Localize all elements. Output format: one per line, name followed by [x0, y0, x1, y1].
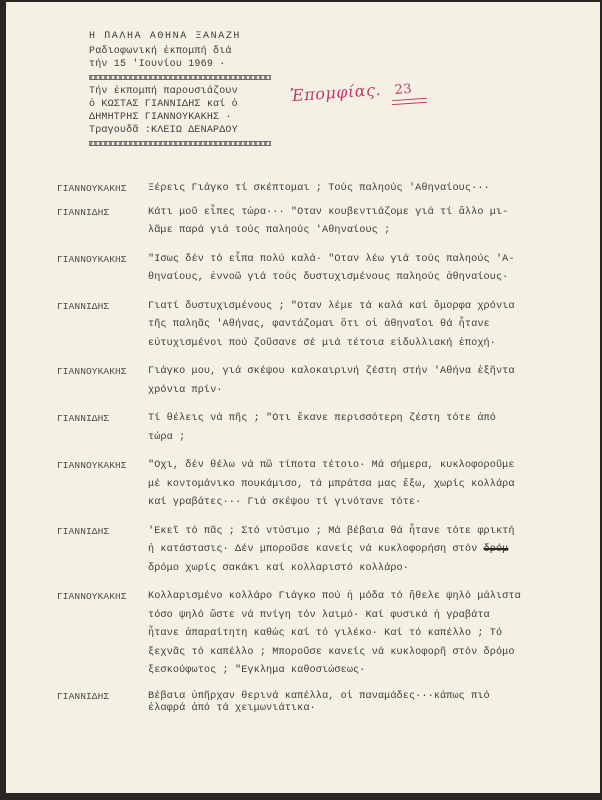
speaker-name: ΓΙΑΝΝΟΥΚΑΚΗΣ	[57, 363, 127, 381]
speech-line: εὐτυχισμένοι πού ζοῦσανε σέ μιά τέτοια ε…	[148, 335, 588, 354]
handwritten-annotation: Ἐπομφίας. 23	[289, 78, 412, 105]
dialogue-entry: ΓΙΑΝΝΟΥΚΑΚΗΣ Κολλαρισμένο κολλάρο Γιάγκο…	[6, 588, 600, 681]
dialogue-script: ΓΙΑΝΝΟΥΚΑΚΗΣ Ξέρεις Γιάγκο τί σκέπτομαι …	[6, 180, 600, 726]
speaker-name: ΓΙΑΝΝΙΔΗΣ	[57, 691, 109, 704]
speech-text: Κολλαρισμένο κολλάρο Γιάγκο πού ἡ μόδα τ…	[148, 588, 588, 681]
speech-line: Τί θέλεις νά πῆς ; "Οτι ἔκανε περισσότερ…	[148, 410, 588, 429]
dialogue-entry: ΓΙΑΝΝΙΔΗΣ Τί θέλεις νά πῆς ; "Οτι ἔκανε …	[6, 410, 600, 447]
program-subtitle-line-1: Ραδιοφωνική ἐκπομπή διά	[89, 45, 271, 58]
dialogue-entry: ΓΙΑΝΝΙΔΗΣ Βέβαια ὑπῆρχαν θερινά καπέλλα,…	[6, 691, 600, 716]
speech-text: Γιάγκο μου, γιά σκέψου καλοκαιρινή ζέστη…	[148, 363, 588, 400]
document-header: Η ΠΑΛΗΑ ΑΘΗΝΑ ΞΑΝΑΖΗ Ραδιοφωνική ἐκπομπή…	[89, 30, 271, 151]
program-subtitle-line-2: τήν 15 'Ιουνίου 1969 ·	[89, 58, 271, 71]
speech-line: ἐλαφρά ἀπό τά χειμωνιάτικα·	[148, 703, 588, 716]
speech-line: ἦτανε ἀπαραίτητη καθώς καί τό γιλέκο· Κα…	[148, 625, 588, 644]
speech-line: καί γραβάτες··· Γιά σκέψου τί γινότανε τ…	[148, 494, 588, 513]
annotation-number: 23	[394, 82, 413, 98]
speaker-name: ΓΙΑΝΝΙΔΗΣ	[57, 410, 109, 428]
presenters-line-3: ΔΗΜΗΤΡΗΣ ΓΙΑΝΝΟΥΚΑΚΗΣ ·	[89, 111, 271, 124]
speech-text: "Οχι, δέν θέλω νά πῶ τίποτα τέτοιο· Μά σ…	[148, 457, 588, 513]
header-divider	[89, 75, 271, 80]
speech-text: 'Εκεῖ τό πᾶς ; Στό ντύσιμο ; Μά βέβαια θ…	[148, 523, 588, 579]
typewritten-page: Η ΠΑΛΗΑ ΑΘΗΝΑ ΞΑΝΑΖΗ Ραδιοφωνική ἐκπομπή…	[6, 2, 600, 793]
speech-line-text: ἡ κατάστασις· Δέν μποροῦσε κανείς νά κυκ…	[148, 544, 477, 555]
speech-text: Ξέρεις Γιάγκο τί σκέπτομαι ; Τούς παληού…	[148, 180, 588, 199]
speech-line: Ξέρεις Γιάγκο τί σκέπτομαι ; Τούς παληού…	[148, 180, 588, 199]
speech-text: "Ισως δέν τό εἶπα πολύ καλά· "Οταν λέω γ…	[148, 251, 588, 288]
speech-line: 'Εκεῖ τό πᾶς ; Στό ντύσιμο ; Μά βέβαια θ…	[148, 523, 588, 542]
speech-text: Κάτι μοῦ εἶπες τώρα··· "Οταν κουβεντιάζο…	[148, 204, 588, 241]
speech-line: Γιάγκο μου, γιά σκέψου καλοκαιρινή ζέστη…	[148, 363, 588, 382]
speech-line: χρόνια πρίν·	[148, 382, 588, 401]
dialogue-entry: ΓΙΑΝΝΙΔΗΣ Κάτι μοῦ εἶπες τώρα··· "Οταν κ…	[6, 204, 600, 241]
speech-line: τώρα ;	[148, 429, 588, 448]
presenters-line-1: Τήν ἐκπομπή παρουσιάζουν	[89, 85, 271, 98]
speech-line: ξεσκούφωτος ; "Εγκλημα καθοσιώσεως·	[148, 662, 588, 681]
speech-line: "Ισως δέν τό εἶπα πολύ καλά· "Οταν λέω γ…	[148, 251, 588, 270]
speech-line: δρόμο χωρίς σακάκι καί κολλαριστό κολλάρ…	[148, 560, 588, 579]
speaker-name: ΓΙΑΝΝΙΔΗΣ	[57, 204, 109, 222]
speech-line: ξεχνᾶς τό καπέλλο ; Μποροῦσε κανείς νά κ…	[148, 644, 588, 663]
annotation-text: Ἐπομφίας.	[289, 80, 381, 105]
dialogue-entry: ΓΙΑΝΝΙΔΗΣ Γιατί δυστυχισμένους ; "Οταν λ…	[6, 298, 600, 354]
speaker-name: ΓΙΑΝΝΟΥΚΑΚΗΣ	[57, 588, 127, 606]
dialogue-entry: ΓΙΑΝΝΟΥΚΑΚΗΣ "Ισως δέν τό εἶπα πολύ καλά…	[6, 251, 600, 288]
speech-line: Βέβαια ὑπῆρχαν θερινά καπέλλα, οἱ παναμά…	[148, 691, 588, 704]
annotation-number-text: 23	[394, 82, 413, 98]
annotation-double-underline	[391, 98, 427, 105]
speech-text: Βέβαια ὑπῆρχαν θερινά καπέλλα, οἱ παναμά…	[148, 691, 588, 716]
dialogue-entry: ΓΙΑΝΝΙΔΗΣ 'Εκεῖ τό πᾶς ; Στό ντύσιμο ; Μ…	[6, 523, 600, 579]
speaker-name: ΓΙΑΝΝΟΥΚΑΚΗΣ	[57, 457, 127, 475]
program-title: Η ΠΑΛΗΑ ΑΘΗΝΑ ΞΑΝΑΖΗ	[89, 30, 271, 43]
speech-line: ἡ κατάστασις· Δέν μποροῦσε κανείς νά κυκ…	[148, 541, 588, 560]
speech-line: Γιατί δυστυχισμένους ; "Οταν λέμε τά καλ…	[148, 298, 588, 317]
speech-line: "Οχι, δέν θέλω νά πῶ τίποτα τέτοιο· Μά σ…	[148, 457, 588, 476]
speaker-name: ΓΙΑΝΝΟΥΚΑΚΗΣ	[57, 180, 127, 198]
dialogue-entry: ΓΙΑΝΝΟΥΚΑΚΗΣ "Οχι, δέν θέλω νά πῶ τίποτα…	[6, 457, 600, 513]
speech-line: λᾶμε παρά γιά τούς παληούς 'Αθηναίους ;	[148, 222, 588, 241]
speech-line: μέ κοντομάνικο πουκάμισο, τά μπράτσα μας…	[148, 476, 588, 495]
dialogue-entry: ΓΙΑΝΝΟΥΚΑΚΗΣ Ξέρεις Γιάγκο τί σκέπτομαι …	[6, 180, 600, 199]
speech-line: Κάτι μοῦ εἶπες τώρα··· "Οταν κουβεντιάζο…	[148, 204, 588, 223]
speech-text: Τί θέλεις νά πῆς ; "Οτι ἔκανε περισσότερ…	[148, 410, 588, 447]
speaker-name: ΓΙΑΝΝΟΥΚΑΚΗΣ	[57, 251, 127, 269]
speaker-name: ΓΙΑΝΝΙΔΗΣ	[57, 298, 109, 316]
speech-line: Κολλαρισμένο κολλάρο Γιάγκο πού ἡ μόδα τ…	[148, 588, 588, 607]
singer-line: Τραγουδᾶ :ΚΛΕΙΩ ΔΕΝΑΡΔΟΥ	[89, 124, 271, 137]
struck-out-word: δρόμ	[484, 544, 509, 555]
header-divider-bottom	[89, 141, 271, 146]
speech-line: θηναίους, ἐννοῶ γιά τούς δυστυχισμένους …	[148, 269, 588, 288]
dialogue-entry: ΓΙΑΝΝΟΥΚΑΚΗΣ Γιάγκο μου, γιά σκέψου καλο…	[6, 363, 600, 400]
speech-line: τῆς παληᾶς 'Αθήνας, φαντάζομαι ὅτι οἱ ἀθ…	[148, 316, 588, 335]
speech-line: τόσο ψηλό ὥστε νά πνίγη τόν λαιμό· Καί φ…	[148, 607, 588, 626]
presenters-line-2: ὁ ΚΩΣΤΑΣ ΓΙΑΝΝΙΔΗΣ καί ὁ	[89, 98, 271, 111]
speaker-name: ΓΙΑΝΝΙΔΗΣ	[57, 523, 109, 541]
speech-text: Γιατί δυστυχισμένους ; "Οταν λέμε τά καλ…	[148, 298, 588, 354]
